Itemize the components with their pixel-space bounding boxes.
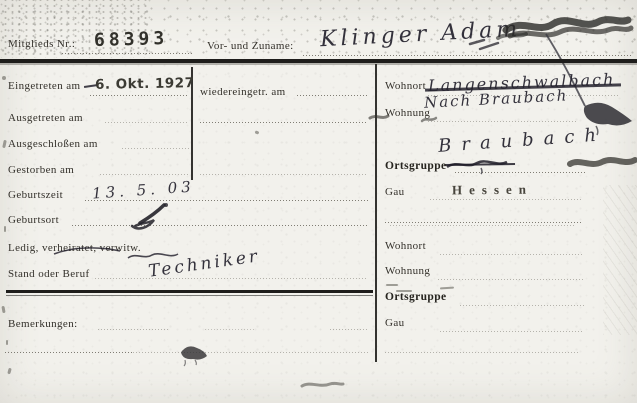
gestorben-label: Gestorben am [8, 164, 74, 176]
remarks-bottom-line-b [133, 352, 370, 353]
wohnung-bottom-label: Wohnung [385, 265, 430, 277]
name-label: Vor- und Zuname: [207, 40, 294, 52]
middle-blank-line-1 [200, 122, 368, 123]
bemerkungen-line-3 [330, 329, 368, 330]
middle-rule-thin [6, 295, 373, 296]
wiedereingetr-label: wiedereingetr. am [200, 86, 286, 98]
geburtsort-line [72, 225, 368, 226]
member-no-stamp: 68393 [94, 28, 169, 51]
ink-smudge-right-icon [568, 150, 637, 174]
middle-rule [6, 290, 373, 293]
ortsgruppe-top-label: Ortsgruppe [385, 160, 447, 172]
middle-blank-line-2 [200, 174, 368, 175]
speck-mark [6, 340, 8, 345]
flourish-mark-icon [128, 202, 172, 232]
pen-dash-mark [386, 284, 398, 286]
ink-smudge-bottom-icon [300, 378, 345, 392]
speck-mark [1, 306, 5, 313]
scan-noise-right-edge [603, 185, 637, 335]
speck-mark [2, 140, 7, 148]
eingetreten-label: Eingetreten am [8, 80, 81, 92]
wohnort-bottom-line [440, 254, 583, 255]
verheiratet-strike-icon [52, 243, 122, 257]
member-no-label: Mitglieds Nr.: [8, 38, 75, 50]
ortsgruppe-bottom-line [460, 305, 585, 306]
member-no-line [62, 53, 192, 54]
ausgeschlossen-line [122, 148, 189, 149]
smudge-mark-icon [420, 112, 438, 126]
ausgetreten-line [105, 122, 189, 123]
speck-mark [4, 226, 6, 232]
blank-row-line-b [390, 225, 575, 226]
ausgeschlossen-label: Ausgeschloßen am [8, 138, 98, 150]
gau-top-label: Gau [385, 186, 405, 198]
bemerkungen-line-2 [205, 329, 255, 330]
eingetreten-stamp: 6. Okt. 1927 [95, 75, 195, 93]
blank-row-line-a [385, 222, 583, 223]
gau-stamp: Hessen [452, 182, 533, 199]
wiedereingetr-line [297, 95, 368, 96]
ortsgruppe-top-line [455, 172, 585, 173]
gau-top-line [430, 199, 583, 200]
pen-dash-mark [440, 287, 454, 290]
geburtszeit-handwriting: 13. 5. 03 [91, 177, 195, 202]
right-bottom-line [385, 352, 578, 353]
geburtszeit-line [85, 200, 368, 201]
bemerkungen-label: Bemerkungen: [8, 318, 78, 330]
wohnort-top-label: Wohnort [385, 80, 426, 92]
bemerkungen-line-1 [98, 329, 168, 330]
geburtszeit-label: Geburtszeit [8, 189, 63, 201]
main-column-divider [375, 64, 377, 362]
geburtsort-label: Geburtsort [8, 214, 59, 226]
speck-mark [255, 130, 260, 134]
ortsgruppe-bottom-label: Ortsgruppe [385, 291, 447, 303]
ausgetreten-label: Ausgetreten am [8, 112, 83, 124]
ink-blot-icon [175, 342, 209, 364]
wohnung-top-line [428, 121, 578, 122]
eingetreten-line [90, 95, 189, 96]
header-rule [0, 59, 637, 63]
gau-bottom-line [440, 331, 583, 332]
beruf-label: Stand oder Beruf [8, 268, 90, 280]
gau-bottom-label: Gau [385, 317, 405, 329]
remarks-bottom-line-a [5, 352, 133, 353]
gestorben-line [100, 174, 189, 175]
wohnort-bottom-label: Wohnort [385, 240, 426, 252]
beruf-line [95, 278, 368, 279]
membership-card: Mitglieds Nr.: 68393 Vor- und Zuname: Kl… [0, 0, 637, 403]
speck-mark [2, 76, 6, 80]
smudge-mark-icon [368, 110, 390, 124]
wohnung-bottom-line [438, 279, 583, 280]
speck-mark [7, 368, 11, 375]
